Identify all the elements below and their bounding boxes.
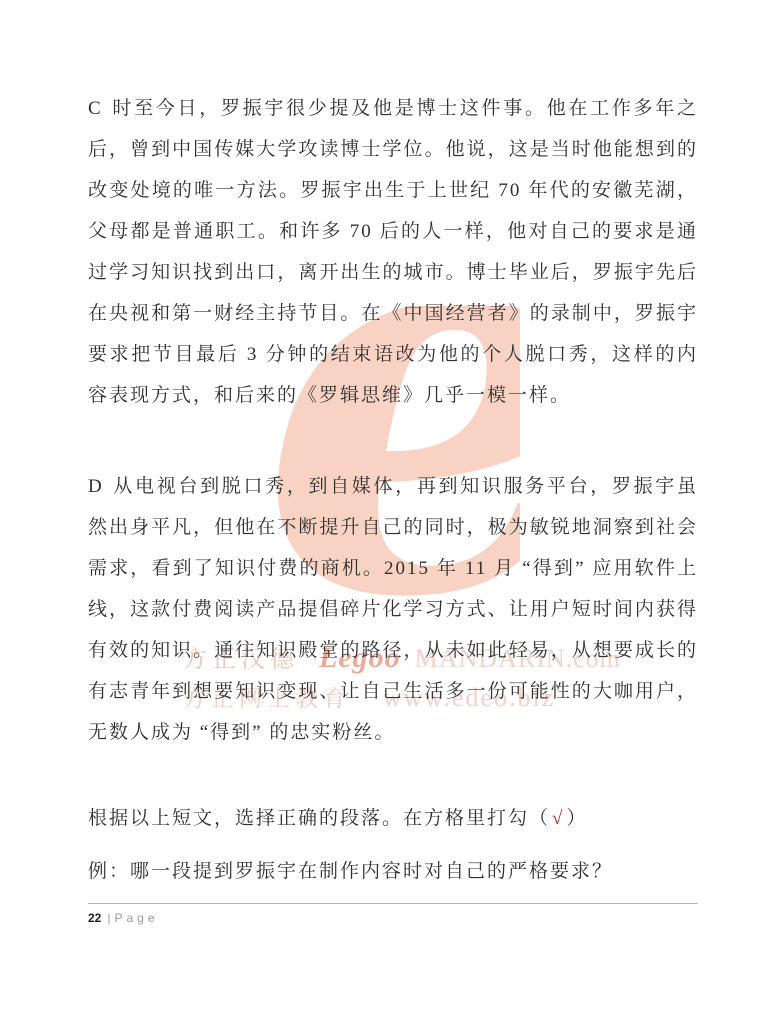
page-label: Page [114, 911, 158, 925]
paragraph-c-text: 时至今日，罗振宇很少提及他是博士这件事。他在工作多年之后，曾到中国传媒大学攻读博… [88, 98, 698, 406]
checkmark-icon: √ [550, 808, 566, 829]
instruction-suffix: ） [566, 808, 587, 829]
paragraph-d-label: D [88, 476, 104, 497]
page-content: C时至今日，罗振宇很少提及他是博士这件事。他在工作多年之后，曾到中国传媒大学攻读… [88, 88, 698, 892]
paragraph-c-label: C [88, 98, 103, 119]
instruction-line: 根据以上短文，选择正确的段落。在方格里打勾（√） [88, 798, 698, 839]
page-footer: 22|Page [88, 903, 698, 925]
footer-divider: | [107, 911, 110, 925]
paragraph-d-text: 从电视台到脱口秀，到自媒体，再到知识服务平台，罗振宇虽然出身平凡，但他在不断提升… [88, 476, 698, 743]
page-number: 22 [88, 911, 101, 925]
document-page: e 方正汉德 Legoo MANDARIN.com 方正网上教育 www.ede… [0, 0, 782, 1012]
example-question: 例：哪一段提到罗振宇在制作内容时对自己的严格要求？ [88, 851, 698, 892]
instruction-prefix: 根据以上短文，选择正确的段落。在方格里打勾（ [88, 808, 550, 829]
paragraph-d: D从电视台到脱口秀，到自媒体，再到知识服务平台，罗振宇虽然出身平凡，但他在不断提… [88, 466, 698, 753]
paragraph-c: C时至今日，罗振宇很少提及他是博士这件事。他在工作多年之后，曾到中国传媒大学攻读… [88, 88, 698, 416]
